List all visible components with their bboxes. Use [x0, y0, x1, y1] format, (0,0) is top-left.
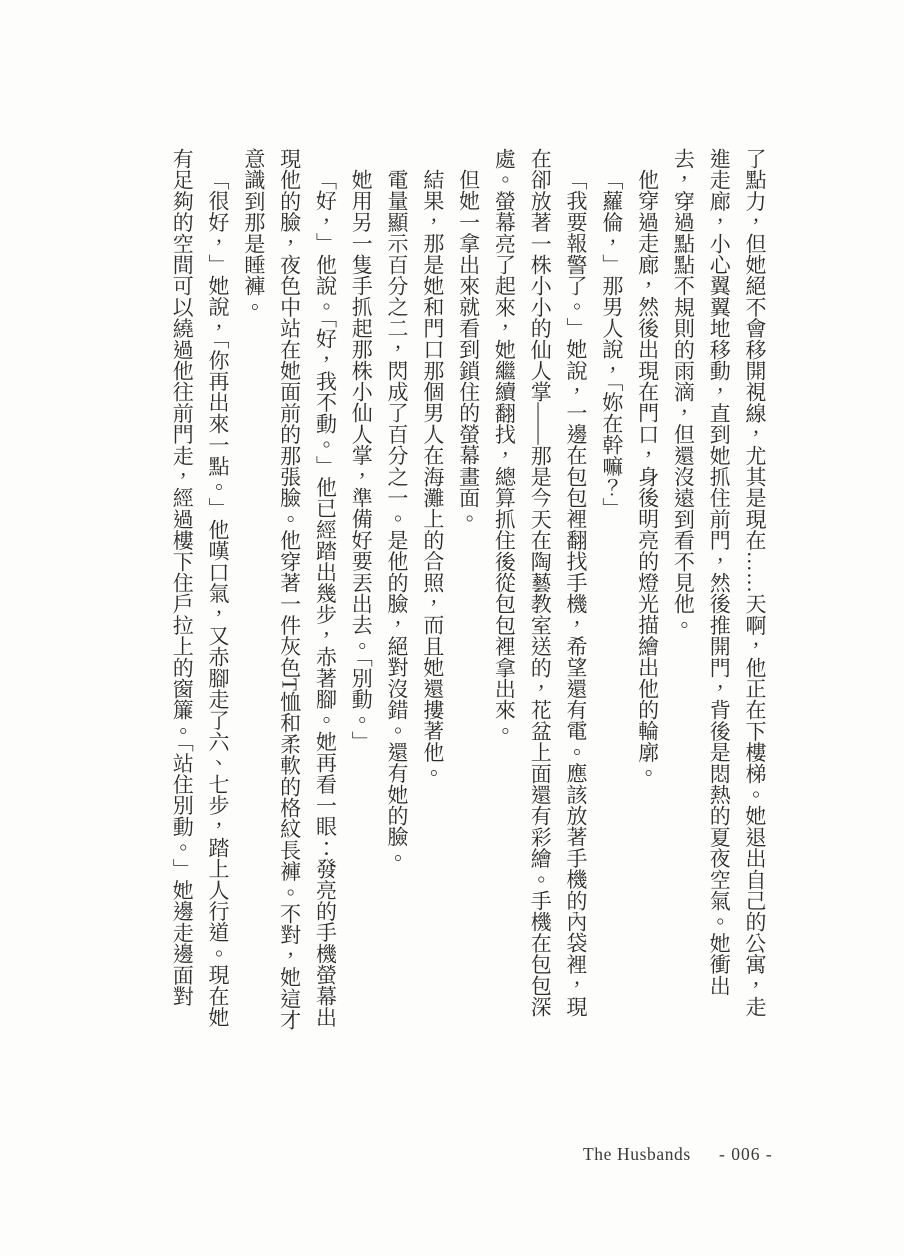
paragraph: 「蘿倫，」那男人說，「妳在幹嘛？」	[593, 148, 629, 1034]
page-number: - 006 -	[719, 1144, 773, 1165]
paragraph: 但她一拿出來就看到鎖住的螢幕畫面。	[450, 148, 486, 1034]
paragraph: 「我要報警了。」她說，一邊在包包裡翻找手機，希望還有電。應該放著手機的內袋裡，現…	[486, 148, 593, 1034]
paragraph: 「好，」他說。「好，我不動。」他已經踏出幾步，赤著腳。她再看一眼：發亮的手機螢幕…	[235, 148, 342, 1034]
paragraph: 她用另一隻手抓起那株小仙人掌，準備好要丟出去。「別動。」	[342, 148, 378, 1034]
paragraph: 了點力，但她絕不會移開視線，尤其是現在……天啊，他正在下樓梯。她退出自己的公寓，…	[665, 148, 772, 1034]
page-footer: The Husbands - 006 -	[0, 1144, 904, 1170]
running-title: The Husbands	[583, 1144, 691, 1165]
paragraph: 電量顯示百分之二，閃成了百分之一。是他的臉，絕對沒錯。還有她的臉。	[378, 148, 414, 1034]
paragraph: 結果，那是她和門口那個男人在海灘上的合照，而且她還摟著他。	[414, 148, 450, 1034]
book-page: 了點力，但她絕不會移開視線，尤其是現在……天啊，他正在下樓梯。她退出自己的公寓，…	[0, 0, 904, 1256]
paragraph: 「很好，」她說，「你再出來一點。」他嘆口氣，又赤腳走了六、七步，踏上人行道。現在…	[163, 148, 235, 1034]
body-text: 了點力，但她絕不會移開視線，尤其是現在……天啊，他正在下樓梯。她退出自己的公寓，…	[156, 148, 772, 1034]
paragraph: 他穿過走廊，然後出現在門口，身後明亮的燈光描繪出他的輪廓。	[629, 148, 665, 1034]
